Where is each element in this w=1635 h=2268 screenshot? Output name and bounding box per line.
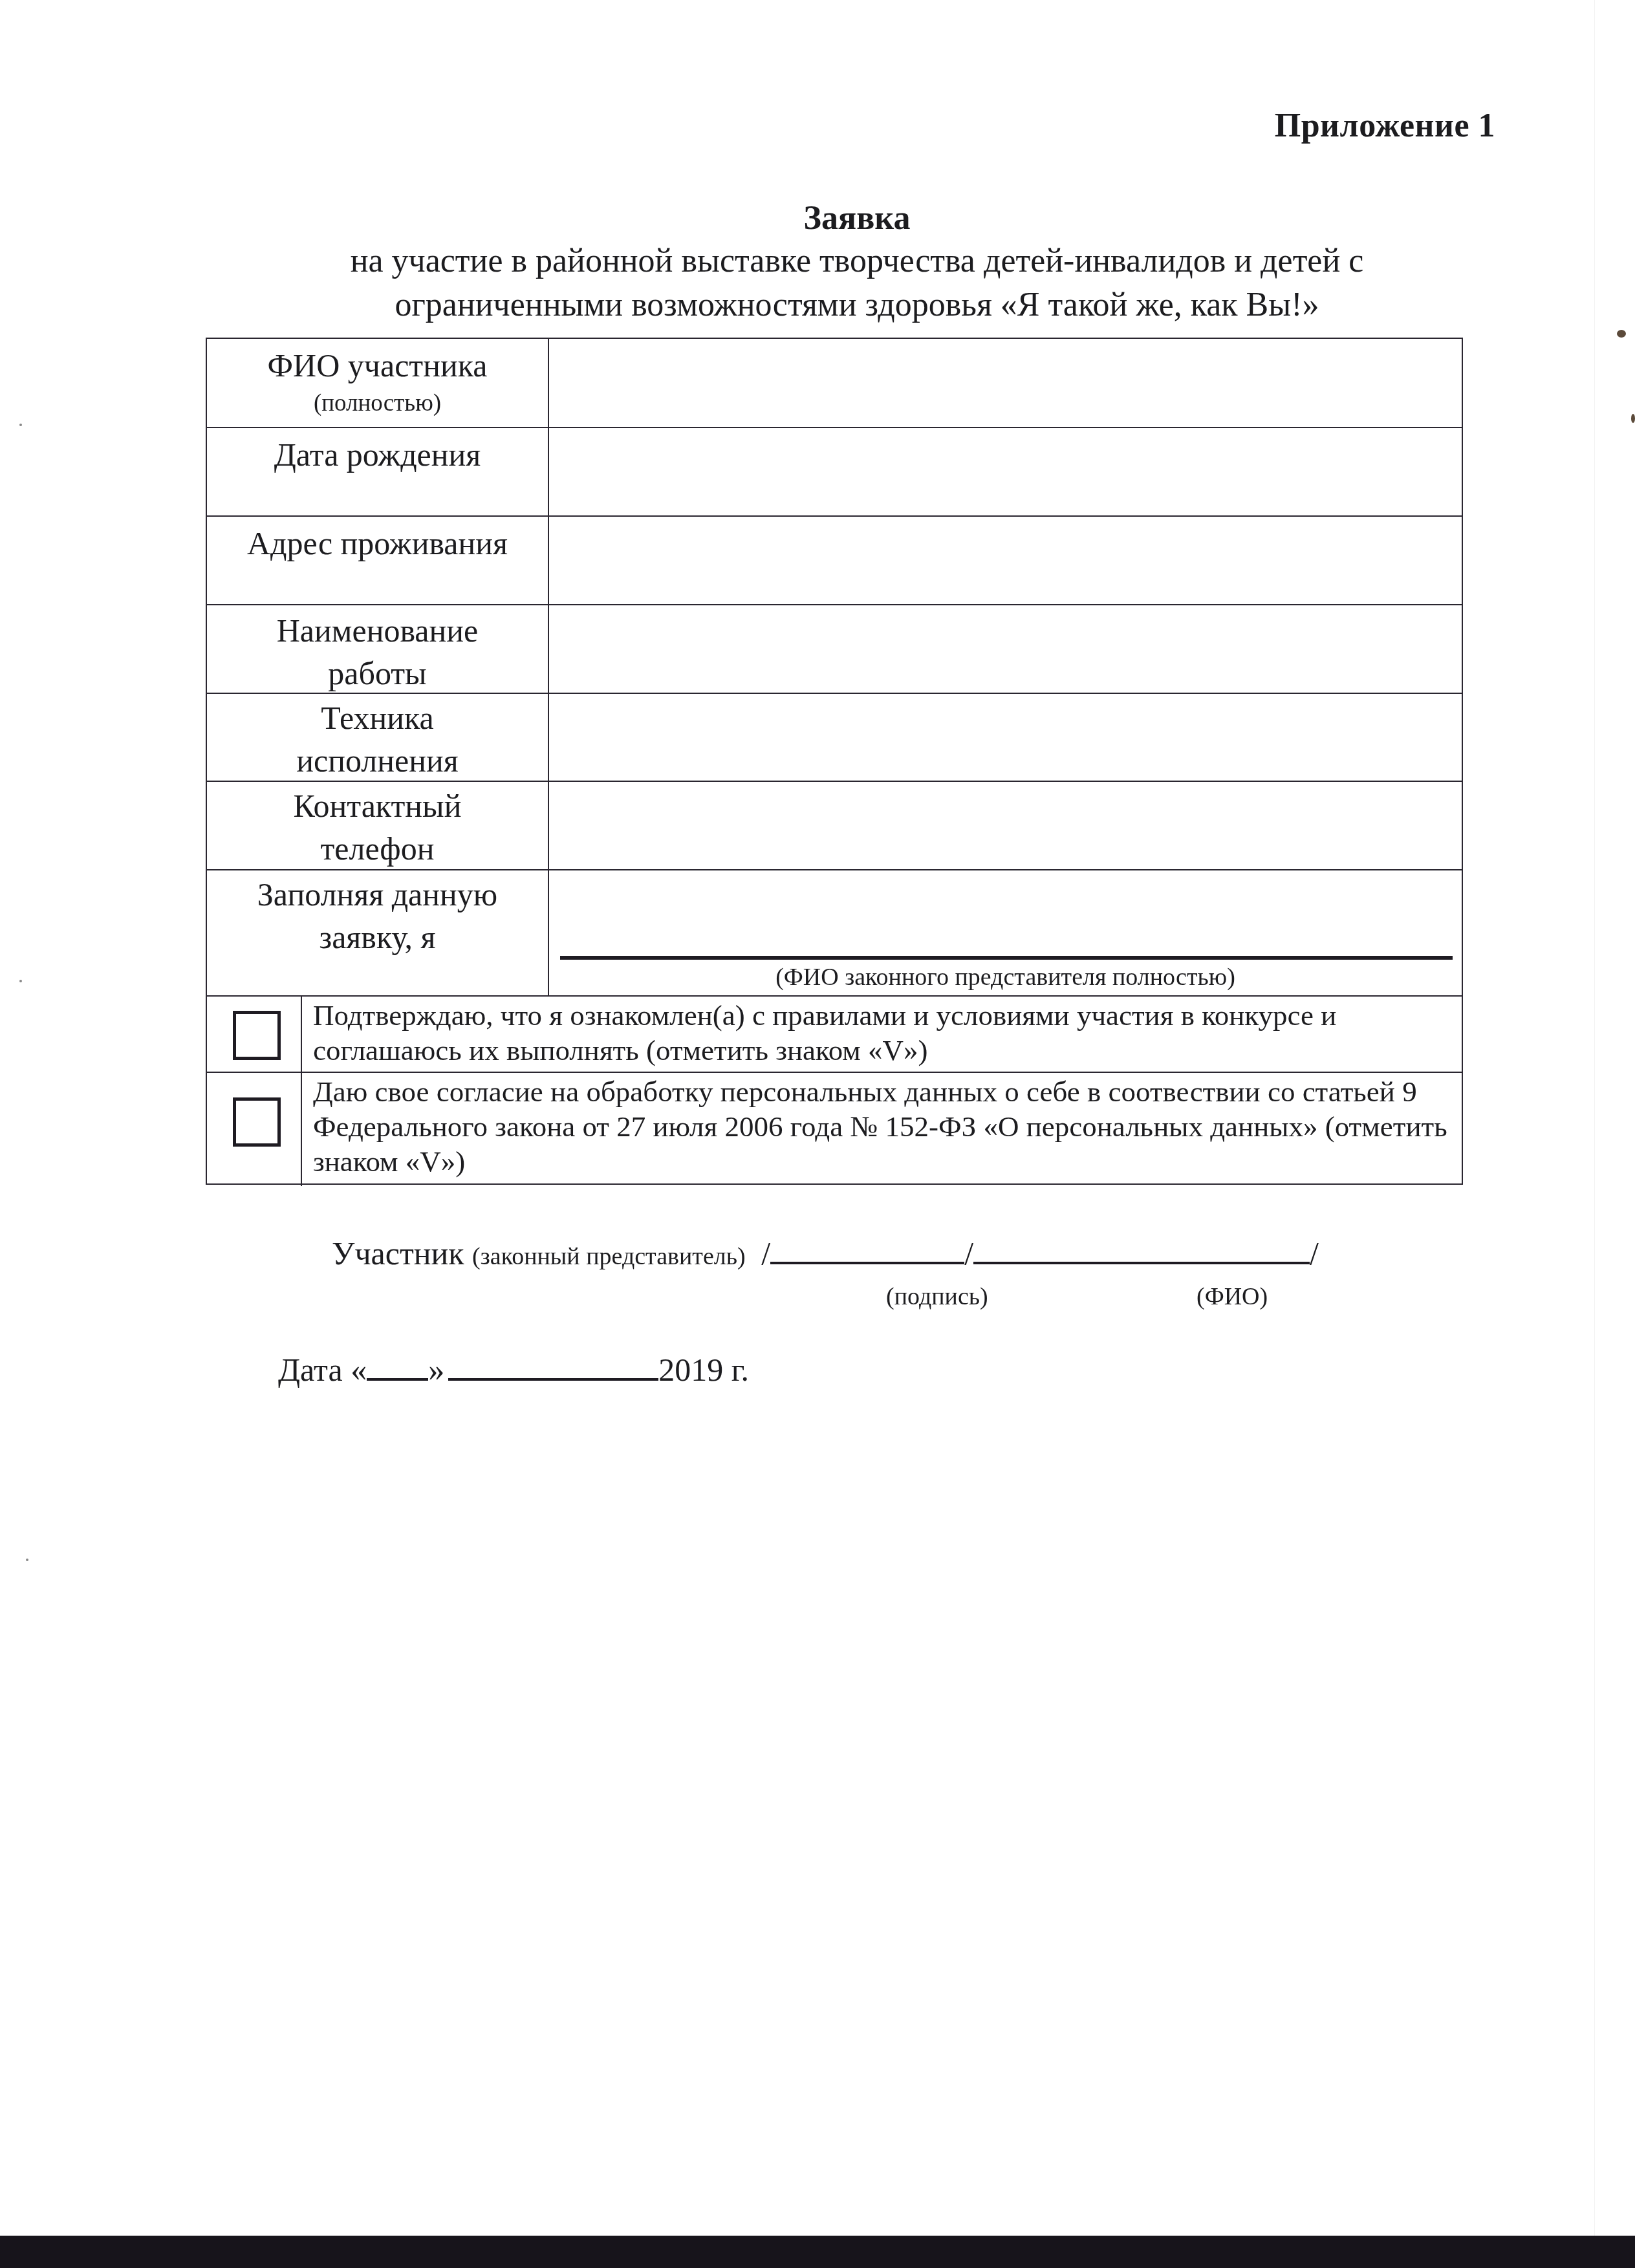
representative-underline xyxy=(560,956,1453,960)
field-label: Дата рождения xyxy=(207,428,549,515)
full-name-input[interactable] xyxy=(549,339,1462,427)
field-label-text: Дата рождения xyxy=(274,437,481,473)
field-label-text: Контактный телефон xyxy=(294,788,462,867)
scan-speck xyxy=(19,980,22,982)
scan-speck xyxy=(26,1559,28,1561)
scan-speck xyxy=(1617,330,1626,338)
field-label-text: Адрес проживания xyxy=(247,525,508,561)
scan-speck xyxy=(19,424,22,426)
checkbox-cell xyxy=(207,997,302,1072)
subtitle-line-1: на участие в районной выставке творчеств… xyxy=(194,239,1520,283)
technique-input[interactable] xyxy=(549,694,1462,781)
address-input[interactable] xyxy=(549,517,1462,604)
field-label-text: Наименование работы xyxy=(277,612,479,691)
signature-label-note: (законный представитель) xyxy=(472,1243,746,1270)
field-sublabel: (полностью) xyxy=(207,387,548,420)
application-form-table: ФИО участника (полностью) Дата рождения … xyxy=(206,338,1463,1185)
date-month-field[interactable] xyxy=(448,1345,658,1381)
date-prefix: Дата « xyxy=(278,1352,367,1388)
consent-row-personal-data: Даю свое согласие на обработку персональ… xyxy=(207,1073,1462,1186)
field-label: Заполняя данную заявку, я xyxy=(207,870,549,995)
date-day-close: » xyxy=(428,1352,444,1388)
field-label: Наименование работы xyxy=(207,605,549,693)
field-label-text: Техника исполнения xyxy=(296,700,458,779)
date-line: Дата «»2019 г. xyxy=(278,1344,749,1396)
signature-label: Участник xyxy=(332,1235,464,1271)
field-label: Контактный телефон xyxy=(207,782,549,869)
rules-agreement-checkbox[interactable] xyxy=(233,1011,281,1060)
field-row-address: Адрес проживания xyxy=(207,517,1462,605)
field-label-text: Заполняя данную заявку, я xyxy=(257,876,497,955)
subtitle-line-2: ограниченными возможностями здоровья «Я … xyxy=(194,283,1520,327)
field-row-birth-date: Дата рождения xyxy=(207,428,1462,517)
signature-field[interactable] xyxy=(770,1228,964,1264)
name-caption: (ФИО) xyxy=(1196,1280,1268,1313)
field-label: ФИО участника (полностью) xyxy=(207,339,549,427)
field-row-technique: Техника исполнения xyxy=(207,694,1462,782)
field-row-full-name: ФИО участника (полностью) xyxy=(207,339,1462,428)
field-row-phone: Контактный телефон xyxy=(207,782,1462,870)
separator: / xyxy=(1310,1235,1319,1271)
separator: / xyxy=(761,1235,770,1271)
document-subtitle: на участие в районной выставке творчеств… xyxy=(194,239,1520,327)
date-day-field[interactable] xyxy=(367,1345,428,1381)
appendix-label: Приложение 1 xyxy=(1099,100,1495,152)
scan-speck xyxy=(1631,414,1635,423)
checkbox-cell xyxy=(207,1073,302,1186)
consent-row-rules: Подтверждаю, что я ознакомлен(а) с прави… xyxy=(207,997,1462,1073)
field-row-work-title: Наименование работы xyxy=(207,605,1462,694)
personal-data-consent-checkbox[interactable] xyxy=(233,1097,281,1147)
separator: / xyxy=(964,1235,973,1271)
signer-name-field[interactable] xyxy=(973,1228,1310,1264)
consent-text-rules: Подтверждаю, что я ознакомлен(а) с прави… xyxy=(313,998,1449,1068)
signature-caption: (подпись) xyxy=(886,1280,988,1313)
document-title: Заявка xyxy=(0,193,1635,244)
field-label-text: ФИО участника xyxy=(268,347,488,383)
representative-name-input[interactable] xyxy=(549,870,1462,952)
signature-line: Участник (законный представитель) /// xyxy=(332,1227,1319,1282)
field-label: Техника исполнения xyxy=(207,694,549,781)
work-title-input[interactable] xyxy=(549,605,1462,693)
scan-edge-line xyxy=(1594,0,1595,2236)
date-year: 2019 г. xyxy=(658,1352,749,1388)
field-label: Адрес проживания xyxy=(207,517,549,604)
consent-text-personal-data: Даю свое согласие на обработку персональ… xyxy=(313,1074,1449,1179)
representative-caption: (ФИО законного представителя полностью) xyxy=(549,961,1462,993)
scanner-edge-bar xyxy=(0,2236,1635,2268)
phone-input[interactable] xyxy=(549,782,1462,869)
field-row-representative: Заполняя данную заявку, я (ФИО законного… xyxy=(207,870,1462,997)
birth-date-input[interactable] xyxy=(549,428,1462,515)
